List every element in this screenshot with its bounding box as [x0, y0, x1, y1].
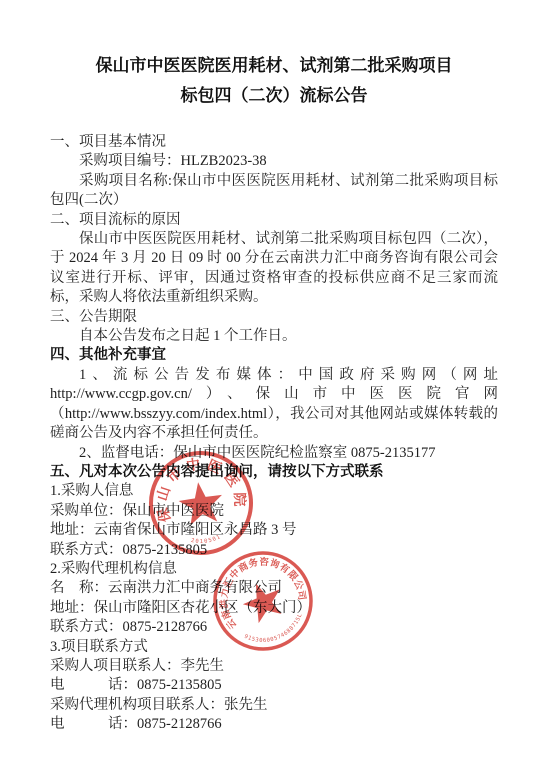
section5-heading: 五、凡对本次公告内容提出询问，请按以下方式联系 — [50, 463, 498, 482]
supervision-phone-line: 2、监督电话：保山市中医医院纪检监察室 0875-2135177 — [50, 444, 498, 463]
buyer-info-title: 1.采购人信息 — [50, 482, 498, 501]
announcement-period-line: 自本公告发布之日起 1 个工作日。 — [50, 327, 498, 346]
document-title: 保山市中医医院医用耗材、试剂第二批采购项目 标包四（二次）流标公告 — [0, 51, 548, 111]
section1-heading: 一、项目基本情况 — [50, 133, 498, 152]
section3-heading: 三、公告期限 — [50, 308, 498, 327]
buyer-contact-line: 联系方式：0875-2135805 — [50, 541, 498, 560]
project-name-line: 采购项目名称:保山市中医医院医用耗材、试剂第二批采购项目标包四(二次） — [50, 172, 498, 211]
title-line-1: 保山市中医医院医用耗材、试剂第二批采购项目 — [0, 51, 548, 81]
agency-info-title: 2.采购代理机构信息 — [50, 560, 498, 579]
buyer-address-line: 地址：云南省保山市隆阳区永昌路 3 号 — [50, 521, 498, 540]
section4-heading: 四、其他补充事宜 — [50, 346, 498, 365]
publish-media-paragraph: 1、流标公告发布媒体：中国政府采购网（网址 http://www.ccgp.go… — [50, 366, 498, 444]
section2-heading: 二、项目流标的原因 — [50, 211, 498, 230]
buyer-contact-phone-line: 电 话：0875-2135805 — [50, 676, 498, 695]
failure-reason-paragraph: 保山市中医医院医用耗材、试剂第二批采购项目标包四（二次），于 2024 年 3 … — [50, 230, 498, 308]
buyer-contact-person-line: 采购人项目联系人：李先生 — [50, 657, 498, 676]
announcement-page: 保山市中医医院医用耗材、试剂第二批采购项目 标包四（二次）流标公告 一、项目基本… — [0, 0, 548, 779]
project-code-line: 采购项目编号：HLZB2023-38 — [50, 152, 498, 171]
agency-address-line: 地址：保山市隆阳区杏花小区（东大门） — [50, 599, 498, 618]
agency-contact-person-line: 采购代理机构项目联系人：张先生 — [50, 696, 498, 715]
agency-name-line: 名 称：云南洪力汇中商务有限公司 — [50, 579, 498, 598]
buyer-unit-line: 采购单位：保山市中医医院 — [50, 502, 498, 521]
project-contact-title: 3.项目联系方式 — [50, 638, 498, 657]
title-line-2: 标包四（二次）流标公告 — [0, 81, 548, 111]
document-body: 一、项目基本情况 采购项目编号：HLZB2023-38 采购项目名称:保山市中医… — [50, 133, 498, 735]
agency-contact-line: 联系方式：0875-2128766 — [50, 618, 498, 637]
agency-contact-phone-line: 电 话：0875-2128766 — [50, 715, 498, 734]
